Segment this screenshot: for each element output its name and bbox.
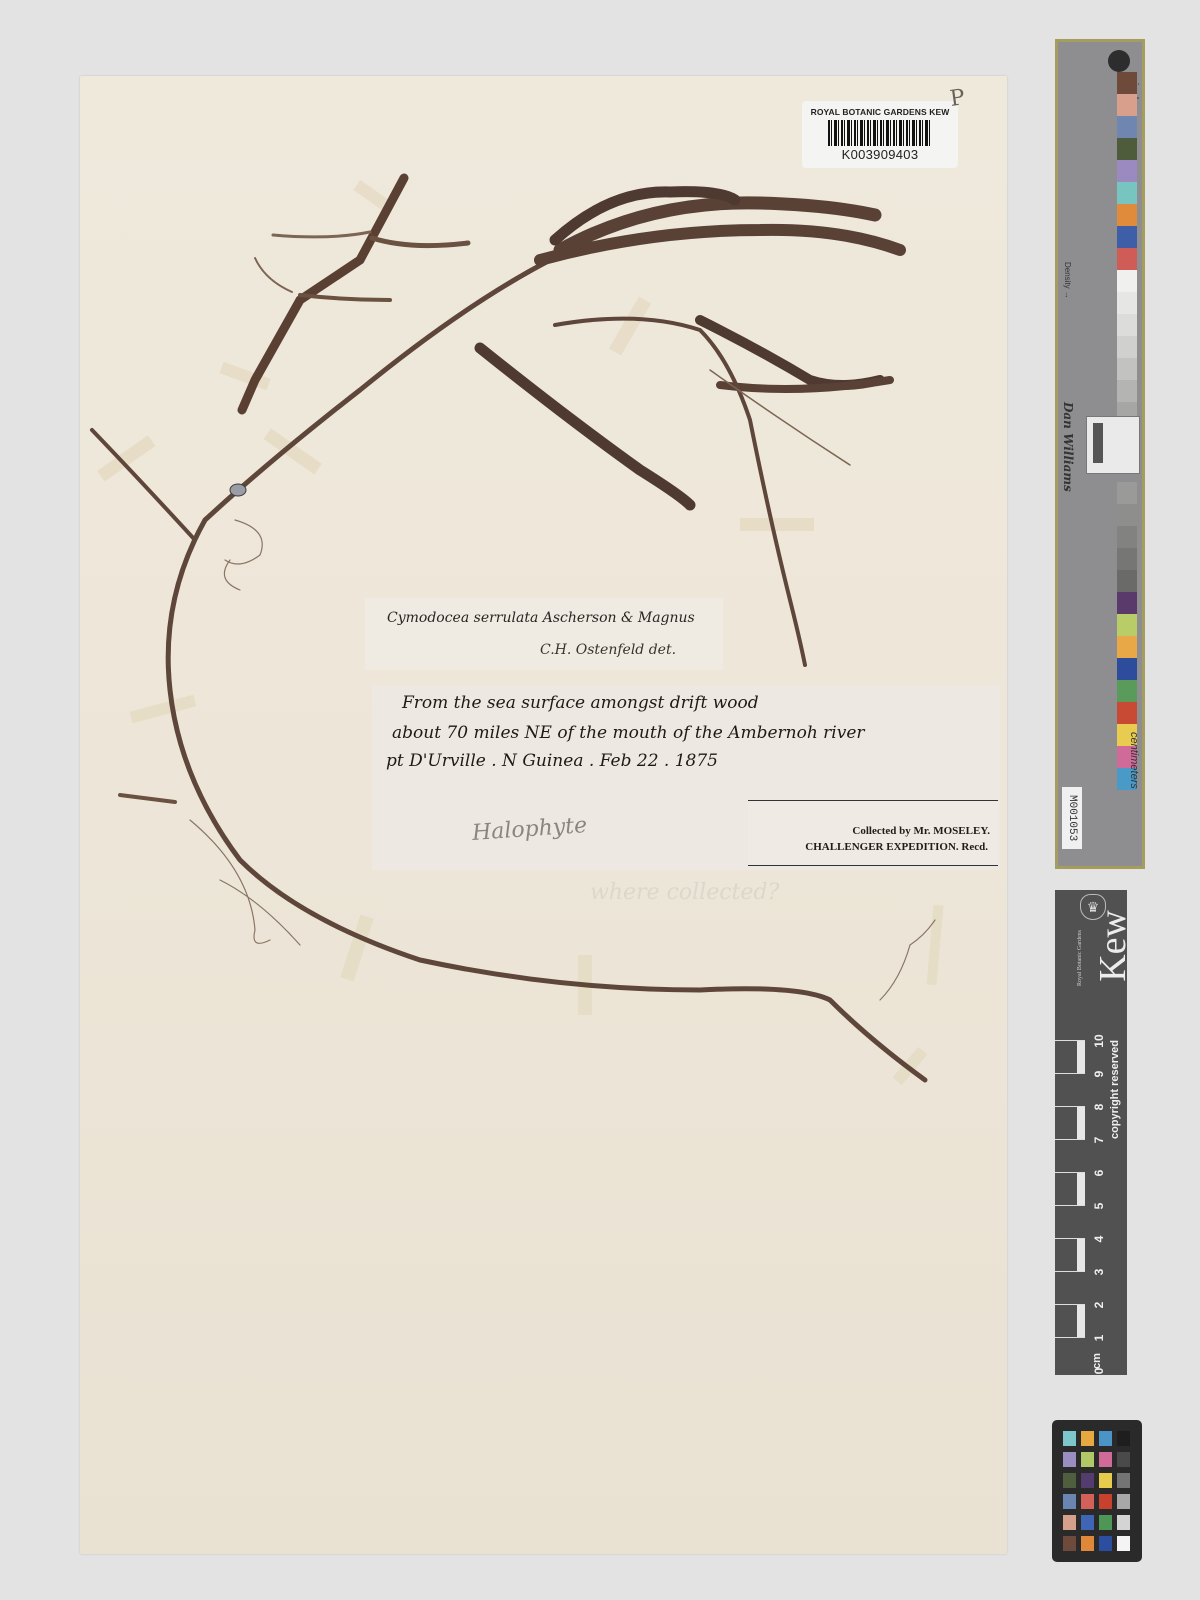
cm-tick-label: 3 xyxy=(1092,1262,1106,1282)
taxon-name: Cymodocea serrulata Ascherson & Magnus xyxy=(387,610,695,626)
ruler-brand: Dan Williams xyxy=(1061,402,1075,492)
cm-tick-label: 10 xyxy=(1092,1031,1106,1051)
resolution-target xyxy=(1086,416,1140,474)
cm-segment xyxy=(1055,1106,1085,1139)
locality-line-1: From the sea surface amongst drift wood xyxy=(402,693,759,713)
locality-line-3: pt D'Urville . N Guinea . Feb 22 . 1875 xyxy=(386,751,718,771)
determiner: C.H. Ostenfeld det. xyxy=(540,642,676,658)
cm-segment xyxy=(1055,1337,1085,1370)
ruler-swatch xyxy=(1117,94,1137,116)
checker-patch xyxy=(1063,1473,1076,1488)
checker-patch xyxy=(1099,1536,1112,1551)
barcode-number: K003909403 xyxy=(802,147,958,162)
ruler-swatch xyxy=(1117,72,1137,94)
ruler-swatch xyxy=(1117,204,1137,226)
collector-line: Collected by Mr. MOSELEY. xyxy=(852,825,990,837)
checker-patch xyxy=(1081,1452,1094,1467)
ruler-swatch xyxy=(1117,570,1137,592)
registration-dot xyxy=(1108,50,1130,72)
cm-segment xyxy=(1055,1172,1085,1205)
cm-tick-label: 8 xyxy=(1092,1097,1106,1117)
cm-segment xyxy=(1055,1238,1085,1271)
ruler-swatch xyxy=(1117,702,1137,724)
checker-patch xyxy=(1063,1431,1076,1446)
copyright-text: copyright reserved xyxy=(1109,1040,1121,1139)
cm-segment xyxy=(1055,1139,1085,1172)
checker-patch xyxy=(1063,1452,1076,1467)
checker-patch xyxy=(1081,1473,1094,1488)
checker-patch xyxy=(1099,1494,1112,1509)
checker-patch xyxy=(1081,1431,1094,1446)
ruler-swatch xyxy=(1117,336,1137,358)
cm-tick-label: 7 xyxy=(1092,1130,1106,1150)
ruler-swatch xyxy=(1117,380,1137,402)
ruler-swatch xyxy=(1117,658,1137,680)
checker-patch xyxy=(1117,1431,1130,1446)
ruler-swatch xyxy=(1117,358,1137,380)
checker-patch xyxy=(1081,1536,1094,1551)
barcode-bars xyxy=(828,120,932,146)
determination-label: Cymodocea serrulata Ascherson & Magnus C… xyxy=(365,598,723,670)
checker-patch xyxy=(1117,1452,1130,1467)
cm-tick-label: 4 xyxy=(1092,1229,1106,1249)
checker-patch xyxy=(1099,1473,1112,1488)
cm-scale xyxy=(1055,1040,1085,1375)
cm-segment xyxy=(1055,1205,1085,1238)
ruler-swatch xyxy=(1117,526,1137,548)
ruler-swatch xyxy=(1117,504,1137,526)
ruler-swatch xyxy=(1117,248,1137,270)
ruler-id: M001053 xyxy=(1062,787,1082,849)
locality-line-2: about 70 miles NE of the mouth of the Am… xyxy=(392,723,865,743)
ruler-swatch xyxy=(1117,138,1137,160)
ruler-swatch xyxy=(1117,548,1137,570)
ruler-swatch xyxy=(1117,592,1137,614)
ruler-swatch xyxy=(1117,292,1137,314)
checker-patch xyxy=(1117,1473,1130,1488)
barcode-label: ROYAL BOTANIC GARDENS KEW K003909403 xyxy=(802,101,958,168)
checker-patch xyxy=(1099,1452,1112,1467)
locality-label: From the sea surface amongst drift wood … xyxy=(372,685,1000,870)
checker-patch xyxy=(1117,1536,1130,1551)
cm-tick-label: 9 xyxy=(1092,1064,1106,1084)
ruler-swatch xyxy=(1117,116,1137,138)
checker-patch xyxy=(1081,1515,1094,1530)
cm-tick-label: 1 xyxy=(1092,1328,1106,1348)
ruler-swatch xyxy=(1117,160,1137,182)
ruler-swatch xyxy=(1117,270,1137,292)
checker-patch xyxy=(1063,1536,1076,1551)
collector-printed-label: Collected by Mr. MOSELEY. CHALLENGER EXP… xyxy=(748,800,998,866)
ruler-swatch xyxy=(1117,226,1137,248)
checker-patch xyxy=(1063,1494,1076,1509)
cm-segment xyxy=(1055,1073,1085,1106)
pencil-note: Halophyte xyxy=(471,813,588,846)
ruler-swatch xyxy=(1117,314,1137,336)
institution-name: ROYAL BOTANIC GARDENS KEW xyxy=(802,107,958,117)
color-checker-card xyxy=(1052,1420,1142,1562)
cm-tick-label: 6 xyxy=(1092,1163,1106,1183)
ruler-swatch xyxy=(1117,182,1137,204)
ruler-swatch xyxy=(1117,614,1137,636)
cm-tick-label: 0 xyxy=(1092,1361,1106,1381)
cm-segment xyxy=(1055,1271,1085,1304)
checker-patch xyxy=(1099,1431,1112,1446)
corner-pencil-mark: P xyxy=(948,85,966,112)
kew-scale-ruler: ♛ Kew Royal Botanic Gardens copyright re… xyxy=(1055,890,1127,1375)
checker-patch xyxy=(1099,1515,1112,1530)
checker-patch xyxy=(1117,1494,1130,1509)
cm-segment xyxy=(1055,1040,1085,1073)
kew-subtitle: Royal Botanic Gardens xyxy=(1077,930,1083,986)
checker-patch xyxy=(1081,1494,1094,1509)
expedition-line: CHALLENGER EXPEDITION. Recd. xyxy=(805,841,988,853)
ruler-swatch xyxy=(1117,482,1137,504)
ruler-swatch xyxy=(1117,680,1137,702)
ruler-swatch xyxy=(1117,636,1137,658)
checker-patch xyxy=(1117,1515,1130,1530)
kew-logo: Kew xyxy=(1091,910,1135,982)
centimeters-label: centimeters xyxy=(1128,732,1140,789)
density-label: Density → xyxy=(1063,262,1072,299)
cm-segment xyxy=(1055,1304,1085,1337)
faint-pencil-note: where collected? xyxy=(590,880,779,905)
cm-tick-label: 2 xyxy=(1092,1295,1106,1315)
color-density-ruler: inches Density → Dan Williams centimeter… xyxy=(1055,39,1145,869)
checker-patch xyxy=(1063,1515,1076,1530)
cm-tick-label: 5 xyxy=(1092,1196,1106,1216)
